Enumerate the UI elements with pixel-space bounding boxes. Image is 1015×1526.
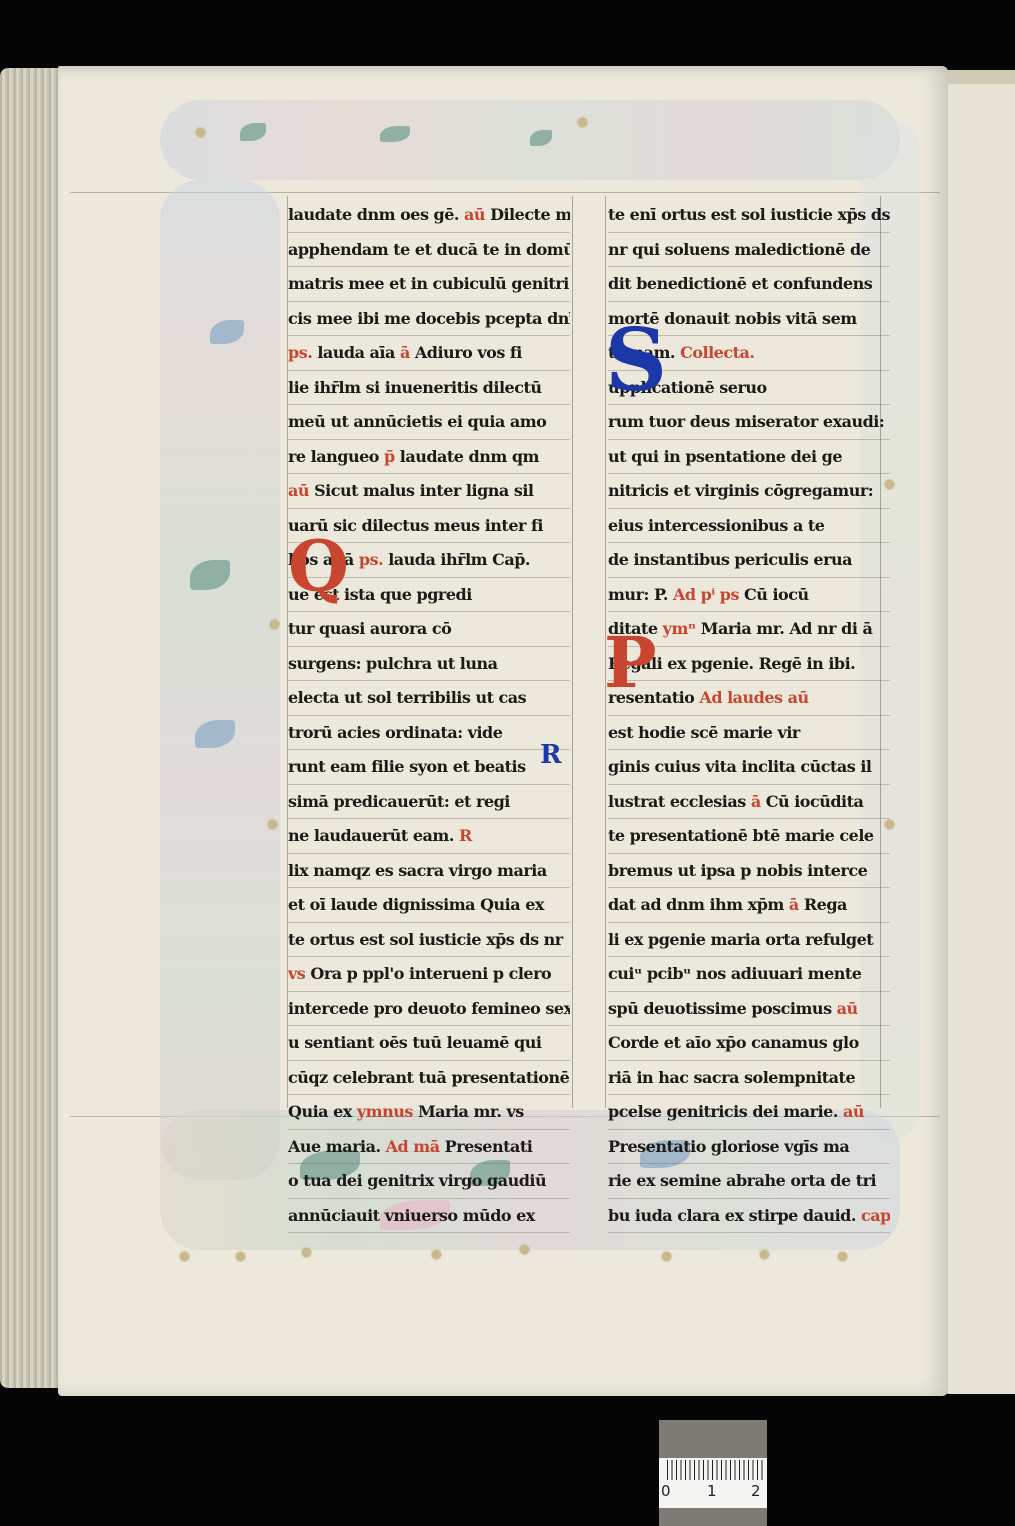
gold-dot	[302, 1248, 311, 1257]
text-segment: cuiᵘ pcibᵘ nos adiuuari mente	[608, 964, 861, 983]
text-segment: nitricis et virginis cōgregamur:	[608, 481, 873, 500]
rubric: Ad laudes aū	[699, 688, 808, 707]
text-line: simā predicauerūt: et regi	[288, 785, 570, 820]
text-segment: Cū iocū	[744, 585, 809, 604]
text-column-left: laudate dnm oes gē. aū Dilecte miapphend…	[288, 198, 570, 1233]
rubric: Collecta.	[680, 343, 754, 362]
gold-dot	[520, 1245, 529, 1254]
text-line: trorū acies ordinata: vide	[288, 716, 570, 751]
rubric: ps.	[359, 550, 388, 569]
text-line: lix namqz es sacra virgo maria	[288, 854, 570, 889]
text-line: u sentiant oēs tuū leuamē qui	[288, 1026, 570, 1061]
rubric: aū	[837, 999, 858, 1018]
text-segment: Sicut malus inter ligna sil	[314, 481, 533, 500]
text-segment: Adiuro vos fi	[415, 343, 522, 362]
text-line: intercede pro deuoto femineo sex	[288, 992, 570, 1027]
text-line: aū Sicut malus inter ligna sil	[288, 474, 570, 509]
text-segment: Dilecte mi	[485, 205, 570, 224]
text-segment: Rega	[804, 895, 847, 914]
text-segment: runt eam filie syon et beatis	[288, 757, 526, 776]
text-segment: tur quasi aurora cō	[288, 619, 451, 638]
text-line: nr qui soluens maledictionē de	[608, 233, 890, 268]
text-segment: de instantibus periculis erua	[608, 550, 852, 569]
text-segment: te enī ortus est sol iusticie xp̄s ds	[608, 205, 890, 224]
text-line: meū ut annūcietis ei quia amo	[288, 405, 570, 440]
text-segment: re langueo	[288, 447, 384, 466]
ruling-line	[572, 196, 573, 1108]
text-line: Quia ex ymnus Maria mr. vs	[288, 1095, 570, 1130]
text-line: dat ad dnm ihm xp̄m ā Rega	[608, 888, 890, 923]
initial-s: S	[605, 318, 667, 404]
text-segment: surgens: pulchra ut luna	[288, 654, 498, 673]
text-segment: dit benedictionē et confundens	[608, 274, 872, 293]
rubric: p̄	[384, 447, 400, 466]
text-segment: est hodie scē marie vir	[608, 723, 800, 742]
text-segment: meū ut annūcietis ei quia amo	[288, 412, 546, 431]
rubric: Ad pⁱ ps	[673, 585, 744, 604]
text-segment: Presentatio gloriose vgīs ma	[608, 1137, 849, 1156]
initial-r: R	[540, 742, 562, 768]
text-segment: Maria mr. Ad nr di ā	[701, 619, 873, 638]
text-segment: trorū acies ordinata: vide	[288, 723, 502, 742]
rubric: ymnus	[357, 1102, 418, 1121]
text-segment: Maria mr. vs	[418, 1102, 524, 1121]
text-segment: simā predicauerūt: et regi	[288, 792, 510, 811]
text-segment: ne laudauerūt eam.	[288, 826, 459, 845]
text-line: ginis cuius vita inclita cūctas il	[608, 750, 890, 785]
text-segment: electa ut sol terribilis ut cas	[288, 688, 526, 707]
text-segment: matris mee et in cubiculū genitri	[288, 274, 569, 293]
text-line: cis mee ibi me docebis pcepta dnī	[288, 302, 570, 337]
text-segment: Presentati	[445, 1137, 533, 1156]
text-segment: cis mee ibi me docebis pcepta dnī	[288, 309, 570, 328]
text-segment: mur: P.	[608, 585, 673, 604]
text-line: electa ut sol terribilis ut cas	[288, 681, 570, 716]
text-segment: pcelse genitricis dei marie.	[608, 1102, 843, 1121]
facing-page	[940, 84, 1015, 1394]
gold-dot	[268, 820, 277, 829]
text-line: ut qui in psentatione dei ge	[608, 440, 890, 475]
text-line: mur: P. Ad pⁱ ps Cū iocū	[608, 578, 890, 613]
text-segment: bu iuda clara ex stirpe dauid.	[608, 1206, 861, 1225]
gold-dot	[432, 1250, 441, 1259]
text-line: nitricis et virginis cōgregamur:	[608, 474, 890, 509]
rubric: ymⁿ	[663, 619, 701, 638]
initial-p: P	[604, 628, 657, 698]
text-segment: lie ihr̄lm si inueneritis dilectū	[288, 378, 541, 397]
text-segment: te presentationē btē marie cele	[608, 826, 874, 845]
text-line: dit benedictionē et confundens	[608, 267, 890, 302]
text-segment: lustrat ecclesias	[608, 792, 751, 811]
text-line: cuiᵘ pcibᵘ nos adiuuari mente	[608, 957, 890, 992]
text-segment: cūqz celebrant tuā presentationē	[288, 1068, 569, 1087]
gold-dot	[838, 1252, 847, 1261]
text-segment: dat ad dnm ihm xp̄m	[608, 895, 789, 914]
text-segment: lauda ihr̄lm Cap̄.	[388, 550, 530, 569]
rubric: ā	[751, 792, 766, 811]
text-segment: Quia ex	[288, 1102, 357, 1121]
text-line: Aue maria. Ad mā Presentati	[288, 1130, 570, 1165]
text-line: spū deuotissime poscimus aū	[608, 992, 890, 1027]
text-line: vs Ora p ppl'o interueni p clero	[288, 957, 570, 992]
text-segment: Cū iocūdita	[766, 792, 864, 811]
rubric: ps.	[288, 343, 317, 362]
rubric: cap.	[861, 1206, 890, 1225]
text-segment: Corde et aīo xp̄o canamus glo	[608, 1033, 859, 1052]
text-segment: rum tuor deus miserator exaudi:	[608, 412, 884, 431]
text-segment: apphendam te et ducā te in domū	[288, 240, 570, 259]
text-line: o tua dei genitrix virgo gaudiū	[288, 1164, 570, 1199]
manuscript-photograph: laudate dnm oes gē. aū Dilecte miapphend…	[0, 0, 1015, 1526]
text-line: li ex pgenie maria orta refulget	[608, 923, 890, 958]
gold-dot	[236, 1252, 245, 1261]
scale-label-1: 1	[707, 1482, 717, 1500]
text-line: rie ex semine abrahe orta de tri	[608, 1164, 890, 1199]
text-segment: laudate dnm oes gē.	[288, 205, 464, 224]
text-segment: lix namqz es sacra virgo maria	[288, 861, 547, 880]
scale-label-2: 2	[751, 1482, 761, 1500]
gold-dot	[196, 128, 205, 137]
text-segment: ginis cuius vita inclita cūctas il	[608, 757, 871, 776]
text-segment: laudate dnm qm	[400, 447, 539, 466]
text-line: eius intercessionibus a te	[608, 509, 890, 544]
text-segment: spū deuotissime poscimus	[608, 999, 837, 1018]
text-line: bremus ut ipsa p nobis interce	[608, 854, 890, 889]
ruler-ticks	[667, 1460, 763, 1480]
rubric: Ad mā	[386, 1137, 445, 1156]
text-line: cūqz celebrant tuā presentationē	[288, 1061, 570, 1096]
text-line: te ortus est sol iusticie xp̄s ds nr	[288, 923, 570, 958]
text-segment: nr qui soluens maledictionē de	[608, 240, 870, 259]
text-line: annūciauit vniuerso mūdo ex	[288, 1199, 570, 1234]
text-line: re langueo p̄ laudate dnm qm	[288, 440, 570, 475]
text-line: est hodie scē marie vir	[608, 716, 890, 751]
text-segment: eius intercessionibus a te	[608, 516, 824, 535]
text-line: riā in hac sacra solempnitate	[608, 1061, 890, 1096]
text-line: lustrat ecclesias ā Cū iocūdita	[608, 785, 890, 820]
text-line: runt eam filie syon et beatis	[288, 750, 570, 785]
text-line: ne laudauerūt eam. R	[288, 819, 570, 854]
gold-dot	[270, 620, 279, 629]
text-line: lie ihr̄lm si inueneritis dilectū	[288, 371, 570, 406]
text-segment: bremus ut ipsa p nobis interce	[608, 861, 867, 880]
text-segment: li ex pgenie maria orta refulget	[608, 930, 873, 949]
text-line: laudate dnm oes gē. aū Dilecte mi	[288, 198, 570, 233]
scale-label-0: 0	[661, 1482, 671, 1500]
text-line: et oī laude dignissima Quia ex	[288, 888, 570, 923]
text-line: Presentatio gloriose vgīs ma	[608, 1130, 890, 1165]
text-line: surgens: pulchra ut luna	[288, 647, 570, 682]
text-line: apphendam te et ducā te in domū	[288, 233, 570, 268]
text-segment: Aue maria.	[288, 1137, 386, 1156]
text-segment: annūciauit vniuerso mūdo ex	[288, 1206, 535, 1225]
gold-dot	[578, 118, 587, 127]
text-line: matris mee et in cubiculū genitri	[288, 267, 570, 302]
rubric: R	[459, 826, 472, 845]
rubric: aū	[288, 481, 314, 500]
text-segment: Ora p ppl'o interueni p clero	[310, 964, 551, 983]
text-line: pcelse genitricis dei marie. aū	[608, 1095, 890, 1130]
text-segment: u sentiant oēs tuū leuamē qui	[288, 1033, 541, 1052]
gold-dot	[760, 1250, 769, 1259]
text-line: te presentationē btē marie cele	[608, 819, 890, 854]
text-line: Corde et aīo xp̄o canamus glo	[608, 1026, 890, 1061]
text-line: ps. lauda aīa ā Adiuro vos fi	[288, 336, 570, 371]
text-line: tur quasi aurora cō	[288, 612, 570, 647]
text-line: de instantibus periculis erua	[608, 543, 890, 578]
text-segment: ut qui in psentatione dei ge	[608, 447, 842, 466]
text-line: te enī ortus est sol iusticie xp̄s ds	[608, 198, 890, 233]
rubric: vs	[288, 964, 310, 983]
rubric: ā	[400, 343, 415, 362]
rubric: aū	[464, 205, 485, 224]
gold-dot	[180, 1252, 189, 1261]
text-segment: intercede pro deuoto femineo sex	[288, 999, 570, 1018]
text-segment: riā in hac sacra solempnitate	[608, 1068, 855, 1087]
text-segment: o tua dei genitrix virgo gaudiū	[288, 1171, 546, 1190]
text-line: bu iuda clara ex stirpe dauid. cap.	[608, 1199, 890, 1234]
text-segment: et oī laude dignissima Quia ex	[288, 895, 544, 914]
gold-dot	[662, 1252, 671, 1261]
page-edges	[0, 68, 62, 1388]
text-segment: lauda aīa	[317, 343, 400, 362]
initial-q: Q	[288, 532, 349, 602]
text-segment: rie ex semine abrahe orta de tri	[608, 1171, 876, 1190]
text-segment: te ortus est sol iusticie xp̄s ds nr	[288, 930, 563, 949]
rubric: ā	[789, 895, 804, 914]
rubric: aū	[843, 1102, 864, 1121]
scale-ruler: 0 1 2	[659, 1458, 767, 1508]
